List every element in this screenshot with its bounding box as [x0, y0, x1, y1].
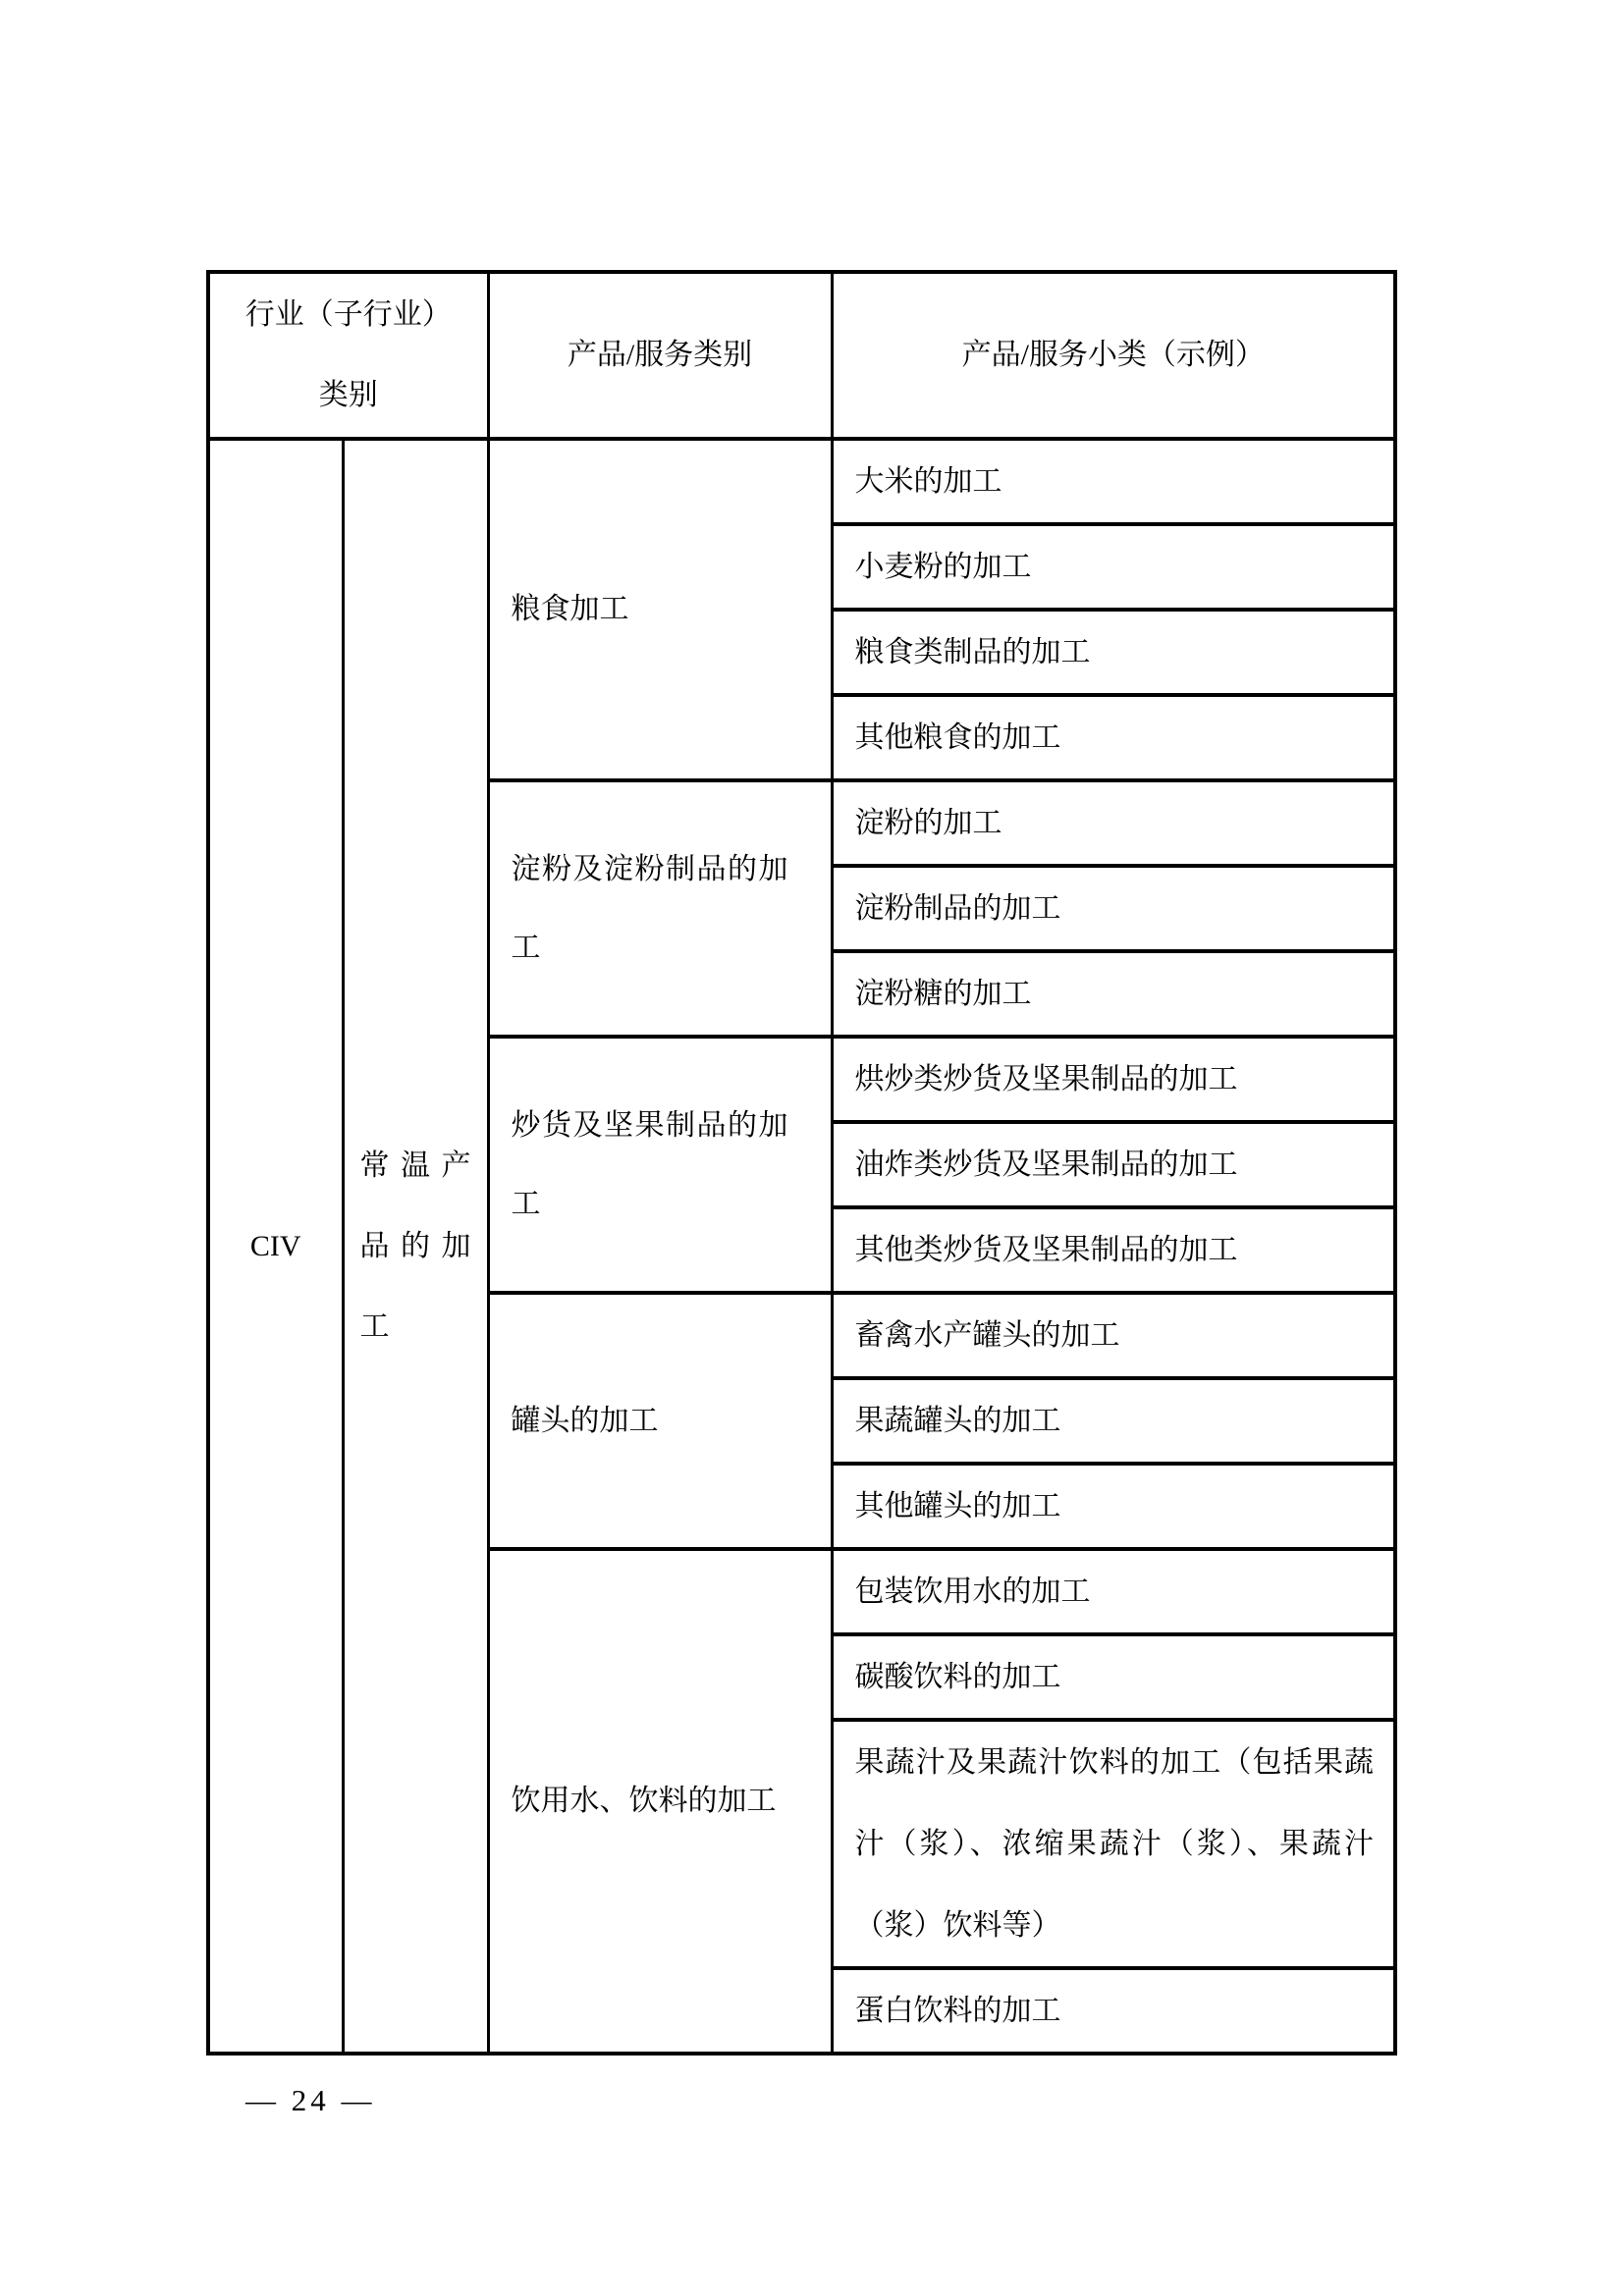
header-product-category: 产品/服务类别 — [488, 272, 832, 439]
cell-subcategory: 果蔬汁及果蔬汁饮料的加工（包括果蔬汁（浆）、浓缩果蔬汁（浆）、果蔬汁（浆）饮料等… — [832, 1720, 1395, 1968]
header-industry-line1: 行业（子行业） — [245, 298, 452, 331]
cell-subcategory: 果蔬罐头的加工 — [832, 1378, 1395, 1464]
header-industry-line2: 类别 — [319, 379, 378, 411]
cell-category-grain-processing: 粮食加工 — [488, 439, 832, 780]
cell-subcategory: 淀粉糖的加工 — [832, 951, 1395, 1037]
cell-subcategory: 其他类炒货及坚果制品的加工 — [832, 1207, 1395, 1293]
cell-subcategory: 淀粉的加工 — [832, 780, 1395, 866]
cell-subcategory: 油炸类炒货及坚果制品的加工 — [832, 1122, 1395, 1207]
category-label: 淀粉及淀粉制品的加工 — [512, 830, 788, 988]
page-number: — 24 — — [245, 2083, 376, 2118]
cell-subcategory: 蛋白饮料的加工 — [832, 1968, 1395, 2054]
cell-subcategory: 烘炒类炒货及坚果制品的加工 — [832, 1037, 1395, 1122]
cell-industry-name: 常温产品的加工 — [343, 439, 488, 2054]
table-row: CIV 常温产品的加工 粮食加工 大米的加工 — [208, 439, 1395, 524]
header-industry-category: 行业（子行业） 类别 — [208, 272, 488, 439]
cell-subcategory: 小麦粉的加工 — [832, 524, 1395, 610]
cell-subcategory: 碳酸饮料的加工 — [832, 1634, 1395, 1720]
cell-industry-code: CIV — [208, 439, 343, 2054]
cell-subcategory: 粮食类制品的加工 — [832, 610, 1395, 695]
cell-subcategory: 畜禽水产罐头的加工 — [832, 1293, 1395, 1378]
cell-category-canned-food-processing: 罐头的加工 — [488, 1293, 832, 1549]
cell-subcategory: 包装饮用水的加工 — [832, 1549, 1395, 1634]
category-label: 炒货及坚果制品的加工 — [512, 1087, 788, 1244]
document-page: 行业（子行业） 类别 产品/服务类别 产品/服务小类（示例） CIV 常温产品的… — [0, 0, 1624, 2296]
cell-subcategory: 大米的加工 — [832, 439, 1395, 524]
cell-subcategory: 其他粮食的加工 — [832, 695, 1395, 780]
classification-table: 行业（子行业） 类别 产品/服务类别 产品/服务小类（示例） CIV 常温产品的… — [206, 270, 1397, 2056]
cell-subcategory: 其他罐头的加工 — [832, 1464, 1395, 1549]
table-header-row: 行业（子行业） 类别 产品/服务类别 产品/服务小类（示例） — [208, 272, 1395, 439]
cell-category-water-beverage-processing: 饮用水、饮料的加工 — [488, 1549, 832, 2054]
cell-category-starch-processing: 淀粉及淀粉制品的加工 — [488, 780, 832, 1037]
cell-category-roasted-nuts-processing: 炒货及坚果制品的加工 — [488, 1037, 832, 1293]
cell-subcategory: 淀粉制品的加工 — [832, 866, 1395, 951]
header-product-subcategory: 产品/服务小类（示例） — [832, 272, 1395, 439]
